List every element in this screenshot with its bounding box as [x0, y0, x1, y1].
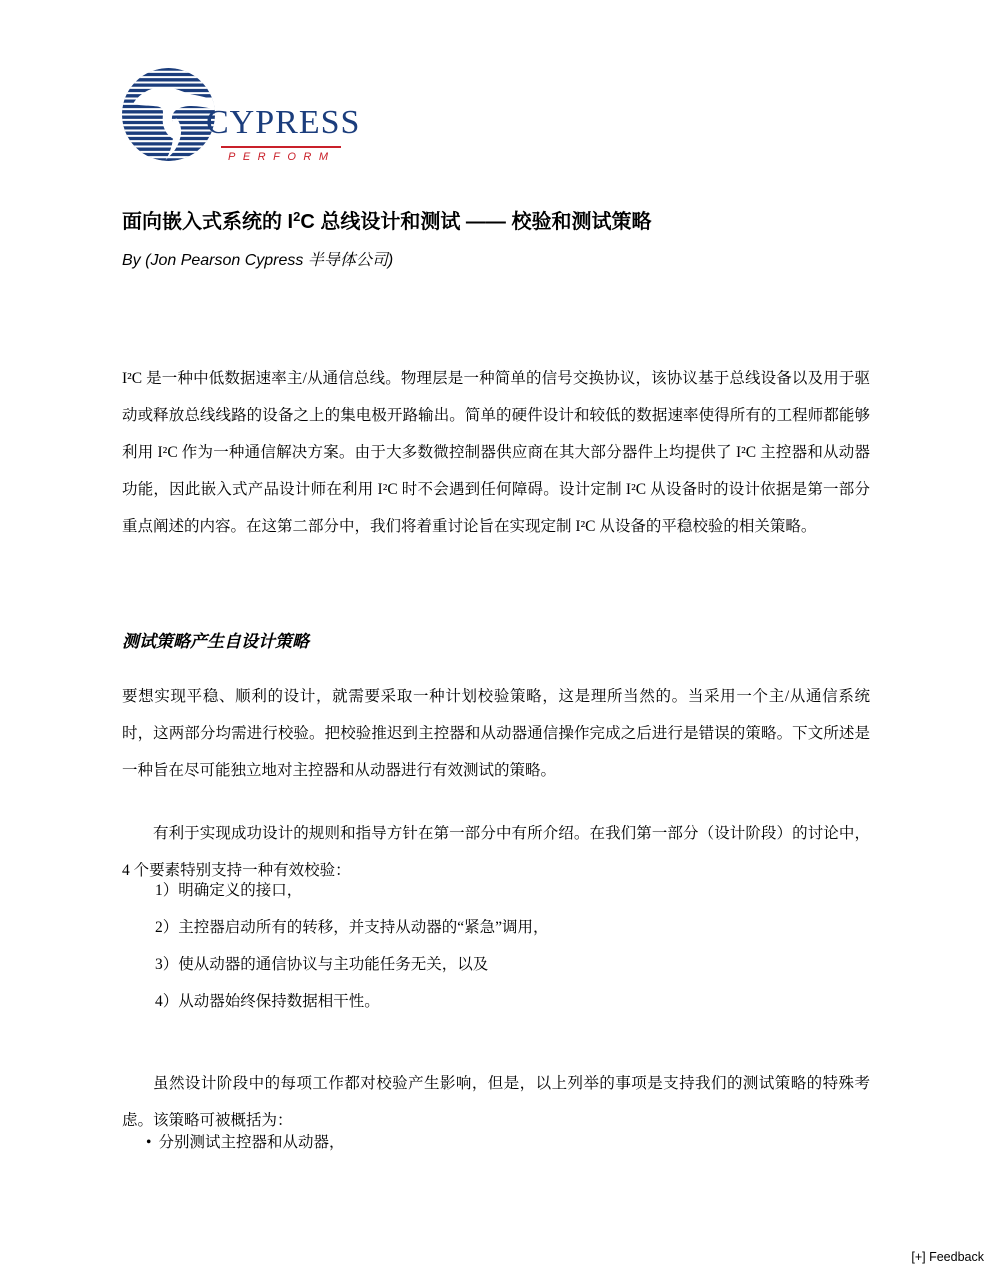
- numbered-list: 1）明确定义的接口， 2）主控器启动所有的转移，并支持从动器的“紧急”调用， 3…: [122, 872, 870, 1020]
- list-item: 4）从动器始终保持数据相干性。: [122, 983, 870, 1020]
- brand-rule: [221, 146, 341, 148]
- page-title: 面向嵌入式系统的 I2C 总线设计和测试 —— 校验和测试策略: [122, 209, 882, 237]
- intro-paragraph: I²C 是一种中低数据速率主/从通信总线。物理层是一种简单的信号交换协议，该协议…: [122, 360, 870, 545]
- list-item: 2）主控器启动所有的转移，并支持从动器的“紧急”调用，: [122, 909, 870, 946]
- section-heading: 测试策略产生自设计策略: [122, 630, 722, 654]
- globe-icon: [120, 66, 217, 163]
- bullet-list: •分别测试主控器和从动器，: [122, 1124, 870, 1161]
- brand-wordmark: CYPRESS: [206, 106, 360, 140]
- title-superscript: 2: [293, 209, 300, 224]
- list-item: 1）明确定义的接口，: [122, 872, 870, 909]
- feedback-link[interactable]: [+] Feedback: [911, 1250, 984, 1264]
- bullet-item-text: 分别测试主控器和从动器，: [158, 1134, 344, 1151]
- title-post: C 总线设计和测试 —— 校验和测试策略: [300, 211, 651, 233]
- bullet-icon: •: [146, 1134, 151, 1151]
- list-item: 3）使从动器的通信协议与主功能任务无关，以及: [122, 946, 870, 983]
- brand-tagline: PERFORM: [228, 151, 336, 163]
- bullet-item: •分别测试主控器和从动器，: [122, 1124, 870, 1161]
- plan-paragraph: 要想实现平稳、顺利的设计，就需要采取一种计划校验策略，这是理所当然的。当采用一个…: [122, 678, 870, 789]
- cypress-logo: CYPRESS PERFORM: [120, 66, 380, 166]
- document-page: { "logo": { "brand": "CYPRESS", "tagline…: [0, 0, 989, 1280]
- byline: By (Jon Pearson Cypress 半导体公司): [122, 247, 622, 270]
- title-pre: 面向嵌入式系统的 I: [122, 211, 293, 233]
